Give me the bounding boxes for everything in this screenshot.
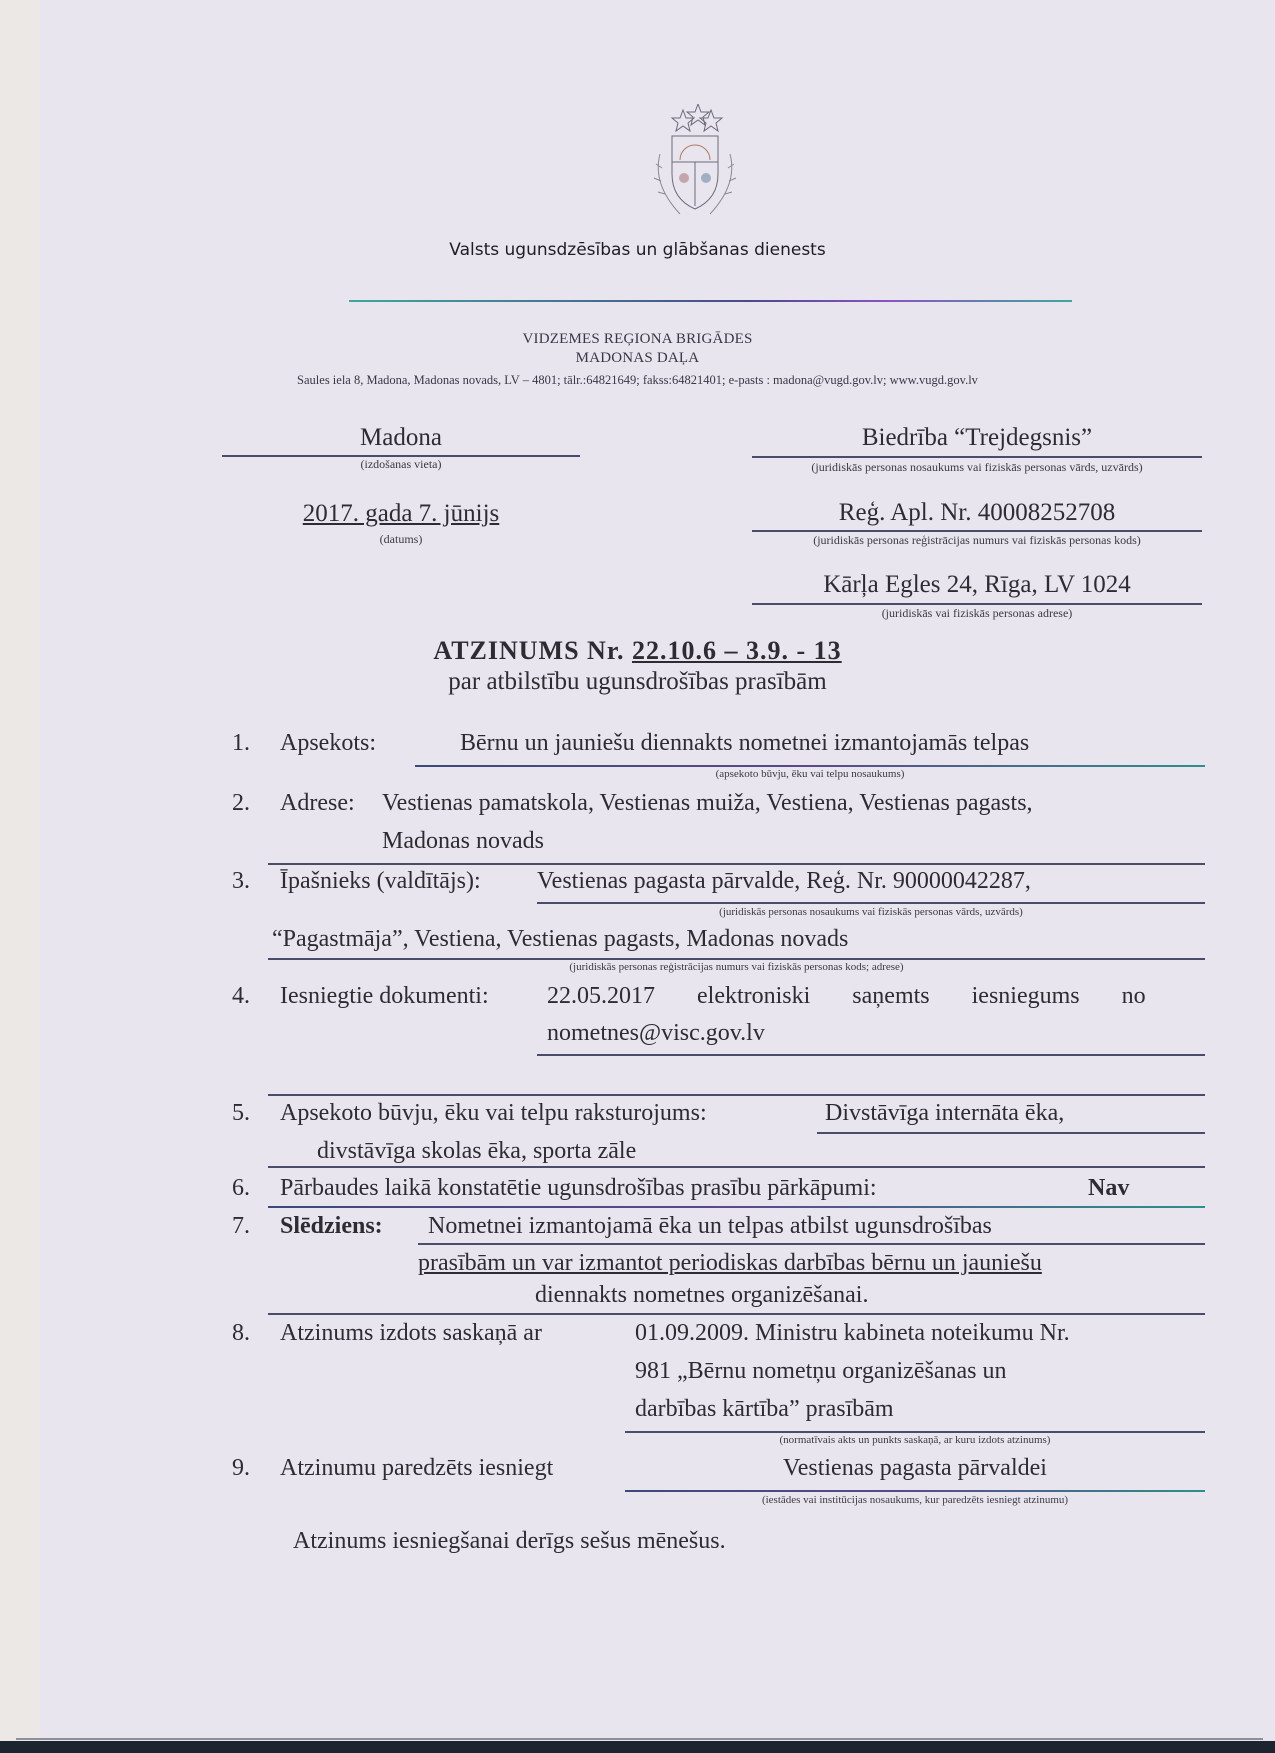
contact-line: Saules iela 8, Madona, Madonas novads, L… xyxy=(0,373,1275,388)
item-3-value-line1: Vestienas pagasta pārvalde, Reģ. Nr. 900… xyxy=(537,868,1031,895)
item-1-line xyxy=(415,765,1205,767)
item-4-label: Iesniegtie dokumenti: xyxy=(280,983,489,1010)
item-4-value-line1: 22.05.2017 elektroniski saņemts iesniegu… xyxy=(547,983,1146,1010)
agency-name: Valsts ugunsdzēsības un glābšanas dienes… xyxy=(0,240,1275,260)
document-title: ATZINUMS Nr. 22.10.6 – 3.9. - 13 par atb… xyxy=(0,636,1275,696)
item-4-number: 4. xyxy=(232,983,250,1010)
item-5-number: 5. xyxy=(232,1100,250,1127)
item-2-label: Adrese: xyxy=(280,790,355,817)
item-8-value-line1: 01.09.2009. Ministru kabineta noteikumu … xyxy=(635,1320,1070,1347)
item-6-label: Pārbaudes laikā konstatētie ugunsdrošība… xyxy=(280,1175,877,1202)
title-prefix: ATZINUMS Nr. xyxy=(433,636,632,665)
item-1-label: Apsekots: xyxy=(280,730,376,757)
item-7-label: Slēdziens: xyxy=(280,1213,383,1240)
item-3-label: Īpašnieks (valdītājs): xyxy=(280,868,481,895)
item-3-caption2: (juridiskās personas reģistrācijas numur… xyxy=(268,961,1205,973)
item-7-line1 xyxy=(418,1243,1205,1245)
item-3-caption1: (juridiskās personas nosaukums vai fizis… xyxy=(537,906,1205,918)
item-3-value-line2: “Pagastmāja”, Vestiena, Vestienas pagast… xyxy=(272,926,848,953)
item-5-line2 xyxy=(268,1166,1205,1168)
recipient-reg-number: Reģ. Apl. Nr. 40008252708 xyxy=(752,499,1202,527)
item-2-value-line2: Madonas novads xyxy=(382,828,544,855)
item-1-caption: (apsekoto būvju, ēku vai telpu nosaukums… xyxy=(415,768,1205,780)
item-7-value-line1: Nometnei izmantojamā ēka un telpas atbil… xyxy=(428,1213,992,1240)
item-3-line1 xyxy=(537,902,1205,904)
scan-page-edge xyxy=(0,0,40,1753)
document-subtitle: par atbilstību ugunsdrošības prasībām xyxy=(0,668,1275,696)
item-3-line2 xyxy=(268,958,1205,960)
recipient-address-caption: (juridiskās vai fiziskās personas adrese… xyxy=(752,606,1202,621)
item-5-label: Apsekoto būvju, ēku vai telpu raksturoju… xyxy=(280,1100,707,1127)
item-4-line1 xyxy=(537,1054,1205,1056)
item-5-value-line2: divstāvīga skolas ēka, sporta zāle xyxy=(317,1138,636,1165)
validity-note: Atzinums iesniegšanai derīgs sešus mēneš… xyxy=(293,1528,726,1555)
recipient-name: Biedrība “Trejdegsnis” xyxy=(752,424,1202,452)
item-4-line2 xyxy=(268,1094,1205,1096)
item-7-value-line2: prasībām un var izmantot periodiskas dar… xyxy=(418,1250,1042,1277)
recipient-reg-caption: (juridiskās personas reģistrācijas numur… xyxy=(762,533,1192,548)
recipient-name-line xyxy=(752,456,1202,458)
item-6-value: Nav xyxy=(1088,1175,1129,1202)
issue-place-caption: (izdošanas vieta) xyxy=(222,457,580,472)
item-7-number: 7. xyxy=(232,1213,250,1240)
item-1-value: Bērnu un jauniešu diennakts nometnei izm… xyxy=(460,730,1029,757)
item-9-number: 9. xyxy=(232,1455,250,1482)
issue-date-wrap: 2017. gada 7. jūnijs xyxy=(222,500,580,528)
scan-bottom-edge-line xyxy=(16,1738,1263,1740)
item-7-value-line3: diennakts nometnes organizēšanai. xyxy=(535,1282,868,1309)
document-number: 22.10.6 – 3.9. - 13 xyxy=(632,636,842,665)
issue-place: Madona xyxy=(222,424,580,452)
recipient-address: Kārļa Egles 24, Rīga, LV 1024 xyxy=(752,571,1202,599)
recipient-reg-line xyxy=(752,530,1202,532)
issue-date: 2017. gada 7. jūnijs xyxy=(303,500,500,527)
issue-date-caption: (datums) xyxy=(222,532,580,547)
item-6-line xyxy=(268,1206,1205,1208)
recipient-name-caption: (juridiskās personas nosaukums vai fizis… xyxy=(762,460,1192,475)
item-9-caption: (iestādes vai institūcijas nosaukums, ku… xyxy=(625,1494,1205,1506)
item-7-line3 xyxy=(268,1313,1205,1315)
scan-bottom-edge xyxy=(0,1741,1275,1753)
division-name: MADONAS DAĻA xyxy=(0,350,1275,367)
header-divider xyxy=(349,300,1072,302)
item-8-value-line2: 981 „Bērnu nometņu organizēšanas un xyxy=(635,1358,1006,1385)
item-5-line1 xyxy=(817,1132,1205,1134)
item-9-line xyxy=(625,1490,1205,1492)
item-8-caption: (normatīvais akts un punkts saskaņā, ar … xyxy=(625,1434,1205,1446)
item-2-number: 2. xyxy=(232,790,250,817)
item-9-label: Atzinumu paredzēts iesniegt xyxy=(280,1455,553,1482)
item-8-label: Atzinums izdots saskaņā ar xyxy=(280,1320,542,1347)
item-9-value: Vestienas pagasta pārvaldei xyxy=(625,1455,1205,1482)
item-3-number: 3. xyxy=(232,868,250,895)
item-8-number: 8. xyxy=(232,1320,250,1347)
item-2-line xyxy=(268,863,1205,865)
item-5-value-line1: Divstāvīga internāta ēka, xyxy=(825,1100,1064,1127)
item-6-number: 6. xyxy=(232,1175,250,1202)
item-4-value-line2: nometnes@visc.gov.lv xyxy=(547,1020,765,1047)
coat-of-arms-icon xyxy=(650,104,740,224)
item-1-number: 1. xyxy=(232,730,250,757)
brigade-name: VIDZEMES REĢIONA BRIGĀDES xyxy=(0,331,1275,348)
item-2-value-line1: Vestienas pamatskola, Vestienas muiža, V… xyxy=(382,790,1033,817)
item-8-value-line3: darbības kārtība” prasībām xyxy=(635,1396,894,1423)
item-8-line xyxy=(625,1431,1205,1433)
recipient-address-line xyxy=(752,603,1202,605)
